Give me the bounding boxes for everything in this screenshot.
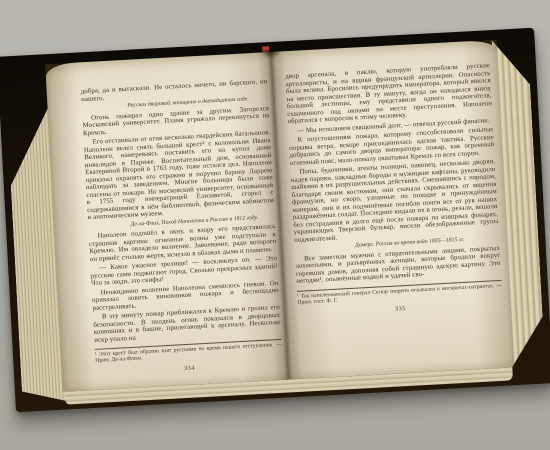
book-photo: добра, да и вытаскали. Не осталось ничег… (0, 0, 550, 450)
paragraph: двор арсенала, в паклю, которую употребл… (285, 62, 493, 126)
right-page: двор арсенала, в паклю, которую употребл… (271, 40, 514, 380)
paragraph: Его отстаивали от огня несколько гвардей… (83, 129, 274, 221)
open-pages: добра, да и вытаскали. Не осталось ничег… (45, 40, 514, 392)
left-page: добра, да и вытаскали. Не осталось ничег… (45, 52, 288, 392)
open-book: добра, да и вытаскали. Не осталось ничег… (0, 28, 550, 413)
paragraph: Попы, будочники, агенты полиции, наконец… (290, 158, 499, 244)
